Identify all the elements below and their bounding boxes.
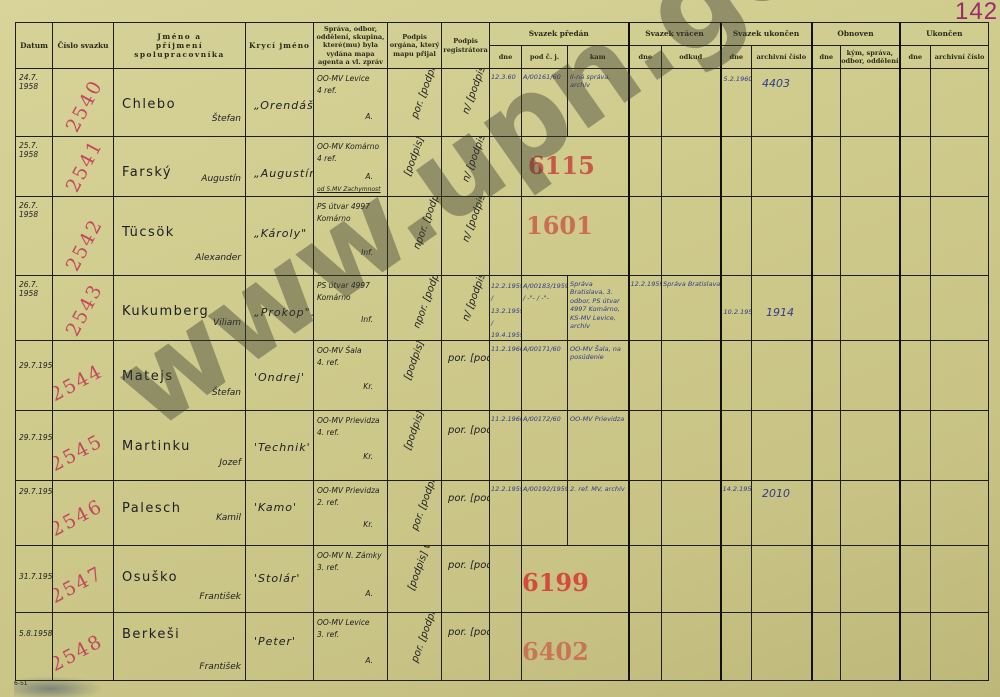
cover-name: „Orendáš" (254, 99, 314, 112)
archive-number: 4403 (762, 77, 790, 90)
department: OO-MV Komárno4 ref.A.od 5.MV Zachymnost (317, 141, 387, 195)
cover-name: 'Stolár' (254, 572, 300, 585)
archive-number: 2010 (762, 487, 790, 500)
handed-over-ref: A/00192/1959 (523, 485, 568, 493)
handed-over-to: OO-MV Prievidza (570, 415, 626, 423)
closed-date: 14.2.1959 (723, 485, 752, 493)
cover-name: 'Peter' (254, 635, 296, 648)
file-number-stamp: 2541 (62, 137, 108, 197)
row-date: 26.7. 1958 (19, 201, 51, 219)
handed-over-date: 12.2.1959 (491, 485, 522, 493)
returned-from: Správa Bratislava, (663, 280, 721, 288)
header-kryci-jmeno: Krycí jméno (246, 23, 314, 69)
table-row: 25.7. 1958 2541 FarskýAugustín „Augustín… (16, 137, 989, 197)
given-name: František (199, 662, 241, 672)
registrar-signature: por. [podpis] (448, 627, 490, 638)
handed-over-to: 2. ref. MV, archív (570, 485, 626, 493)
department: OO-MV Prievidza4. ref.Kr. (317, 415, 387, 463)
given-name: Augustín (201, 174, 241, 184)
header-ukoncen: Ukončen (900, 23, 989, 46)
handed-over-date: 11.2.1960 (491, 345, 522, 353)
header-obnoven-dne: dne (812, 46, 841, 69)
header-final-archivni: archivní číslo (931, 46, 989, 69)
header-svazek-predan: Svazek předán (490, 23, 629, 46)
table-body: 24.7. 1958 2540 ChleboŠtefan „Orendáš" O… (16, 69, 989, 681)
red-reference-stamp: 6115 (528, 151, 595, 180)
officer-signature: npor. [podpis] (412, 197, 442, 251)
cover-name: 'Kamo' (254, 501, 297, 514)
header-ukoncen-dne: dne (721, 46, 752, 69)
header-vracen-dne: dne (629, 46, 662, 69)
surname: Chlebo (122, 97, 176, 112)
registrar-signature: por. [podpis] (448, 353, 490, 364)
row-date: 31.7.1958 (19, 572, 51, 581)
header-obnoven-kym: kým, správa, odbor, oddělení (841, 46, 900, 69)
surname: Kukumberg (122, 304, 209, 319)
table-row: 31.7.1958 2547 OsuškoFrantišek 'Stolár' … (16, 546, 989, 613)
cover-name: „Károly" (254, 227, 307, 240)
registrar-signature: por. [podpis] (448, 493, 490, 504)
table-row: 24.7. 1958 2540 ChleboŠtefan „Orendáš" O… (16, 69, 989, 137)
table-row: 26.7. 1958 2543 KukumbergViliam „Prokop"… (16, 276, 989, 341)
registry-ledger-table: Datum Číslo svazku Jméno a příjmení spol… (15, 22, 989, 681)
given-name: Kamil (216, 513, 241, 523)
header-vracen-odkud: odkud (662, 46, 721, 69)
header-svazek-vracen: Svazek vrácen (629, 23, 721, 46)
given-name: Jozef (219, 458, 241, 468)
officer-signature: por. [podpis] (410, 613, 442, 664)
surname: Osuško (122, 570, 178, 585)
handed-over-date: 11.2.1960 (491, 415, 522, 423)
file-number-stamp: 2544 (53, 360, 107, 406)
handed-over-ref: A/00172/60 (523, 415, 561, 423)
given-name: Alexander (195, 253, 241, 263)
officer-signature: [podpis] v. (406, 546, 434, 593)
surname: Tücsök (122, 225, 175, 240)
row-date: 5.8.1958 (19, 629, 51, 638)
table-row: 29.7.1958 2546 PaleschKamil 'Kamo' OO-MV… (16, 481, 989, 546)
red-reference-stamp: 1601 (526, 211, 593, 240)
header-predan-pod-cj: pod č. j. (522, 46, 568, 69)
surname: Martinku (122, 439, 191, 454)
surname: Berkeši (122, 627, 180, 642)
header-jmeno: Jméno a příjmení spolupracovníka (114, 23, 246, 69)
handed-over-to: OO-MV Šala, na posúdenie (570, 345, 626, 361)
registrar-signature: por. [podpis] (448, 560, 490, 571)
handed-over-to: Správa Bratislava, 3. odbor, PS útvar 49… (570, 280, 626, 331)
header-podpis-registratora: Podpis registrátora (442, 23, 490, 69)
header-predan-dne: dne (490, 46, 522, 69)
officer-signature: npor. [podpis] (412, 276, 442, 330)
handed-over-ref: A/00183/1959 / -"- / -"- (523, 280, 567, 305)
officer-signature: [podpis] (402, 341, 426, 382)
registrar-signature: n/ [podpis] (461, 69, 490, 116)
department: OO-MV Šala4. ref.Kr. (317, 345, 387, 393)
closed-date: 10.2.1959 (724, 308, 752, 316)
header-obnoven: Obnoven (812, 23, 900, 46)
surname: Farský (122, 165, 172, 180)
cover-name: „Augustín" (254, 167, 314, 180)
header-podpis-organu: Podpis orgána, který mapu přijal (388, 23, 442, 69)
table-row: 29.7.1958 2545 MartinkuJozef 'Technik' O… (16, 411, 989, 481)
surname: Palesch (122, 501, 182, 516)
officer-signature: por. [podpis] (410, 481, 442, 532)
closed-date: 5.2.1960 (724, 75, 752, 83)
handed-over-date: 12.2.1959 / 13.2.1959 / 19.4.1959 (491, 280, 521, 341)
given-name: Viliam (213, 318, 241, 328)
given-name: Štefan (212, 114, 241, 124)
department: OO-MV Prievidza2. ref.Kr. (317, 485, 387, 531)
registrar-signature: n/ [podpis] (461, 276, 490, 323)
handed-over-date: 12.3.60 (491, 73, 516, 81)
table-row: 29.7.1958 2544 MatejsŠtefan 'Ondrej' OO-… (16, 341, 989, 411)
officer-signature: [podpis] (402, 411, 426, 452)
file-number-stamp: 2542 (62, 215, 108, 275)
registrar-signature: n/ [podpis] (461, 137, 490, 184)
registrar-signature: n/ [podpis] (461, 197, 490, 244)
returned-date: 12.2.1959 (631, 280, 662, 288)
file-number-stamp: 2540 (62, 76, 108, 136)
officer-signature: [podpis] (402, 137, 426, 178)
given-name: Štefan (212, 388, 241, 398)
row-date: 29.7.1958 (19, 433, 51, 442)
table-row: 5.8.1958 2548 BerkešiFrantišek 'Peter' O… (16, 613, 989, 681)
row-date: 24.7. 1958 (19, 73, 51, 91)
cover-name: 'Technik' (254, 441, 311, 454)
header-predan-kam: kam (568, 46, 629, 69)
row-date: 29.7.1958 (19, 487, 51, 496)
header-ukoncen-archivni: archivní číslo (752, 46, 812, 69)
department: PS útvar 4997KomárnoInf. (317, 201, 387, 259)
archive-number: 1914 (766, 306, 794, 319)
handed-over-ref: A/00161/60 (523, 73, 561, 81)
red-reference-stamp: 6199 (522, 568, 589, 597)
surname: Matejs (122, 369, 174, 384)
given-name: František (199, 592, 241, 602)
handed-over-to: II-ná správa, archív (570, 73, 626, 89)
header-svazek-ukoncen: Svazek ukončen (721, 23, 812, 46)
table-header: Datum Číslo svazku Jméno a příjmení spol… (16, 23, 989, 69)
row-date: 29.7.1958 (19, 361, 51, 370)
red-reference-stamp: 6402 (522, 637, 589, 666)
file-number-stamp: 2547 (53, 562, 107, 608)
header-datum: Datum (16, 23, 53, 69)
row-date: 26.7. 1958 (19, 280, 51, 298)
department: OO-MV Levice4 ref.A. (317, 73, 387, 123)
cover-name: 'Ondrej' (254, 371, 305, 384)
header-final-dne: dne (900, 46, 931, 69)
header-sprava: Správa, odbor, oddělení, skupina, které(… (314, 23, 388, 69)
department: OO-MV Levice3. ref.A. (317, 617, 387, 667)
officer-signature: por. [podpis] (410, 69, 442, 120)
handed-over-ref: A/00171/60 (523, 345, 561, 353)
file-number-stamp: 2548 (53, 630, 107, 676)
header-cislo-svazku: Číslo svazku (53, 23, 114, 69)
cover-name: „Prokop". (254, 306, 314, 319)
row-date: 25.7. 1958 (19, 141, 51, 159)
registrar-signature: por. [podpis] (448, 425, 490, 436)
file-number-stamp: 2545 (53, 430, 107, 476)
file-number-stamp: 2543 (62, 280, 108, 340)
file-number-stamp: 2546 (53, 495, 107, 541)
department: PS útvar 4997KomárnoInf. (317, 280, 387, 326)
form-code: 6-51 (14, 680, 28, 687)
table-row: 26.7. 1958 2542 TücsökAlexander „Károly"… (16, 197, 989, 276)
department: OO-MV N. Zámky3. ref.A. (317, 550, 387, 600)
